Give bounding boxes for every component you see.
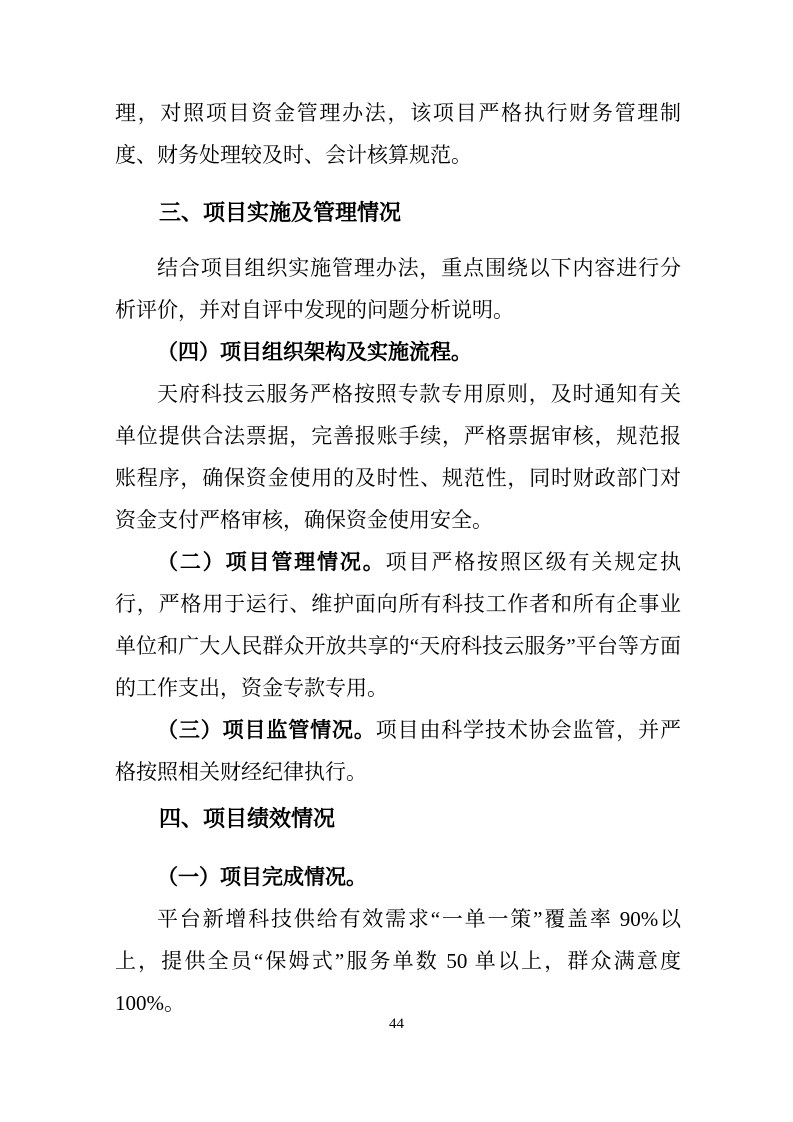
- subheading-project-supervision-lead: （三）项目监管情况。: [157, 718, 376, 742]
- document-body: 理，对照项目资金管理办法，该项目严格执行财务管理制度、财务处理较及时、会计核算规…: [115, 92, 681, 1024]
- section-heading-implementation: 三、项目实施及管理情况: [115, 192, 681, 234]
- paragraph-project-management: （二）项目管理情况。项目严格按照区级有关规定执行，严格用于运行、维护面向所有科技…: [115, 541, 681, 709]
- document-page: 理，对照项目资金管理办法，该项目严格执行财务管理制度、财务处理较及时、会计核算规…: [0, 0, 793, 1122]
- paragraph-completion-metrics: 平台新增科技供给有效需求“一单一策”覆盖率 90%以上，提供全员“保姆式”服务单…: [115, 898, 681, 1024]
- page-number: 44: [0, 1016, 793, 1033]
- section-heading-performance: 四、项目绩效情况: [115, 798, 681, 840]
- subheading-org-structure: （四）项目组织架构及实施流程。: [115, 331, 681, 373]
- subheading-project-management-lead: （二）项目管理情况。: [157, 550, 386, 574]
- paragraph-analysis-intro: 结合项目组织实施管理办法，重点围绕以下内容进行分析评价，并对自评中发现的问题分析…: [115, 247, 681, 331]
- paragraph-funds-usage: 天府科技云服务严格按照专款专用原则，及时通知有关单位提供合法票据，完善报账手续，…: [115, 373, 681, 541]
- paragraph-project-supervision: （三）项目监管情况。项目由科学技术协会监管，并严格按照相关财经纪律执行。: [115, 709, 681, 793]
- paragraph-finance-continuation: 理，对照项目资金管理办法，该项目严格执行财务管理制度、财务处理较及时、会计核算规…: [115, 92, 681, 176]
- subheading-project-completion: （一）项目完成情况。: [115, 856, 681, 898]
